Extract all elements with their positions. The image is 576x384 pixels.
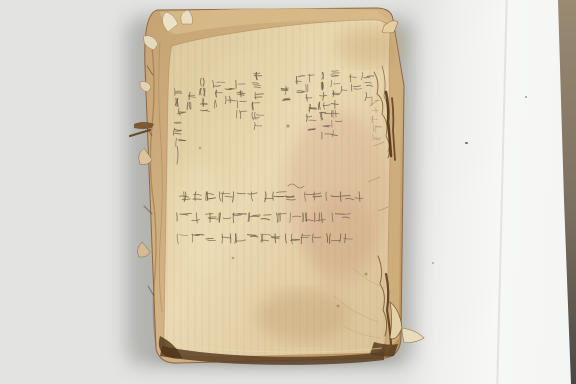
dust-speck <box>525 96 527 98</box>
photo-scene <box>0 0 576 384</box>
handwriting-vertical-columns <box>308 66 518 176</box>
handwriting-horizontal-rows <box>308 186 508 251</box>
old-book <box>138 6 410 368</box>
dust-speck <box>432 262 434 264</box>
